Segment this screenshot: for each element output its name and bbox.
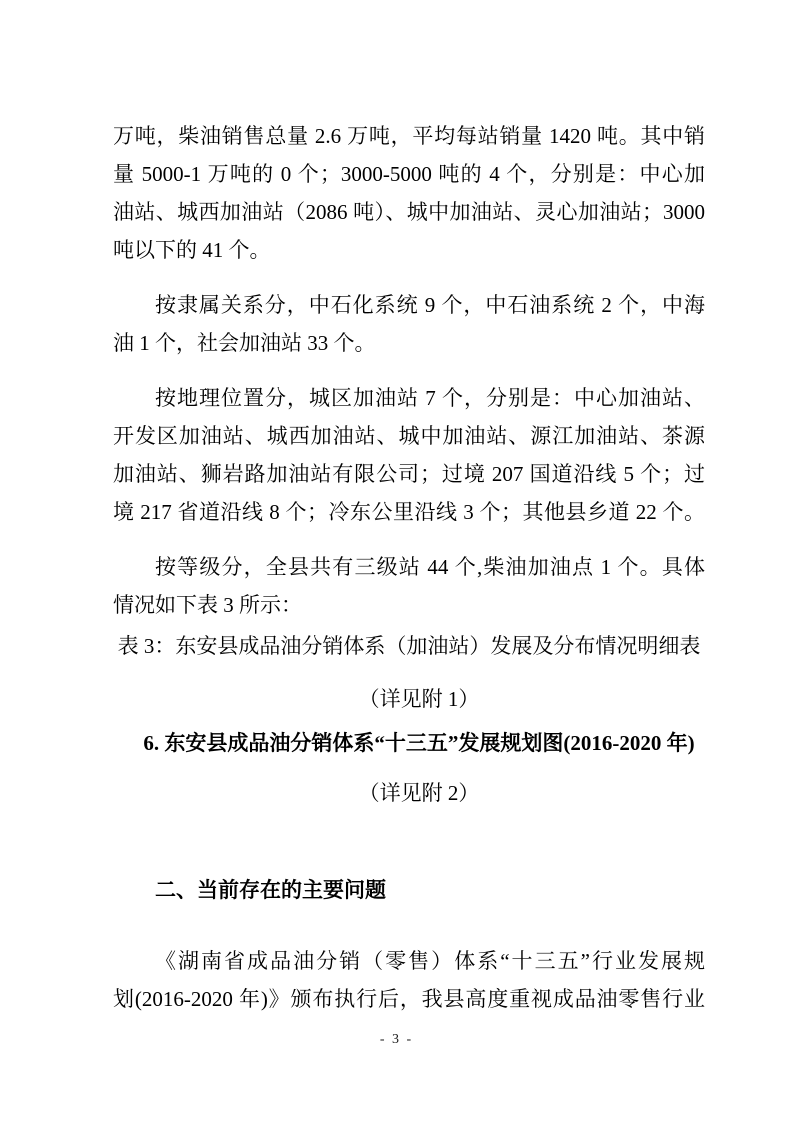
text-line: 量 5000-1 万吨的 0 个；3000-5000 吨的 4 个，分别是：中心…: [113, 155, 705, 193]
text-line: 《湖南省成品油分销（零售）体系“十三五”行业发展规: [113, 942, 705, 980]
section-heading-2: 二、当前存在的主要问题: [113, 872, 705, 910]
page-footer: - 3 -: [0, 1024, 793, 1053]
page-number: - 3 -: [380, 1032, 413, 1047]
text-line: 按隶属关系分，中石化系统 9 个，中石油系统 2 个，中海: [113, 286, 705, 324]
paragraph-province-plan: 《湖南省成品油分销（零售）体系“十三五”行业发展规 划(2016-2020 年)…: [113, 942, 705, 1018]
text-line: 油 1 个，社会加油站 33 个。: [113, 324, 705, 362]
paragraph-station-sales: 万吨，柴油销售总量 2.6 万吨，平均每站销量 1420 吨。其中销 量 500…: [113, 117, 705, 269]
text-line: 划(2016-2020 年)》颁布执行后，我县高度重视成品油零售行业: [113, 980, 705, 1018]
table3-caption: 表 3：东安县成品油分销体系（加油站）发展及分布情况明细表: [113, 627, 705, 665]
heading-item-6: 6. 东安县成品油分销体系“十三五”发展规划图(2016-2020 年): [113, 724, 705, 762]
paragraph-affiliation: 按隶属关系分，中石化系统 9 个，中石油系统 2 个，中海 油 1 个，社会加油…: [113, 286, 705, 362]
text-line: 情况如下表 3 所示：: [113, 586, 705, 624]
attachment-note-1: （详见附 1）: [113, 680, 705, 718]
document-body: 万吨，柴油销售总量 2.6 万吨，平均每站销量 1420 吨。其中销 量 500…: [113, 117, 705, 1018]
text-line: 按地理位置分，城区加油站 7 个，分别是：中心加油站、: [113, 379, 705, 417]
text-line: 开发区加油站、城西加油站、城中加油站、源江加油站、茶源: [113, 417, 705, 455]
text-line: 按等级分，全县共有三级站 44 个,柴油加油点 1 个。具体: [113, 548, 705, 586]
text-line: 加油站、狮岩路加油站有限公司；过境 207 国道沿线 5 个；过: [113, 455, 705, 493]
text-line: 万吨，柴油销售总量 2.6 万吨，平均每站销量 1420 吨。其中销: [113, 117, 705, 155]
text-line: 境 217 省道沿线 8 个；冷东公里沿线 3 个；其他县乡道 22 个。: [113, 493, 705, 531]
paragraph-grade: 按等级分，全县共有三级站 44 个,柴油加油点 1 个。具体 情况如下表 3 所…: [113, 548, 705, 624]
paragraph-geography: 按地理位置分，城区加油站 7 个，分别是：中心加油站、 开发区加油站、城西加油站…: [113, 379, 705, 531]
document-page: 万吨，柴油销售总量 2.6 万吨，平均每站销量 1420 吨。其中销 量 500…: [0, 0, 793, 1122]
attachment-note-2: （详见附 2）: [113, 774, 705, 812]
text-line: 吨以下的 41 个。: [113, 231, 705, 269]
text-line: 油站、城西加油站（2086 吨）、城中加油站、灵心加油站；3000: [113, 193, 705, 231]
